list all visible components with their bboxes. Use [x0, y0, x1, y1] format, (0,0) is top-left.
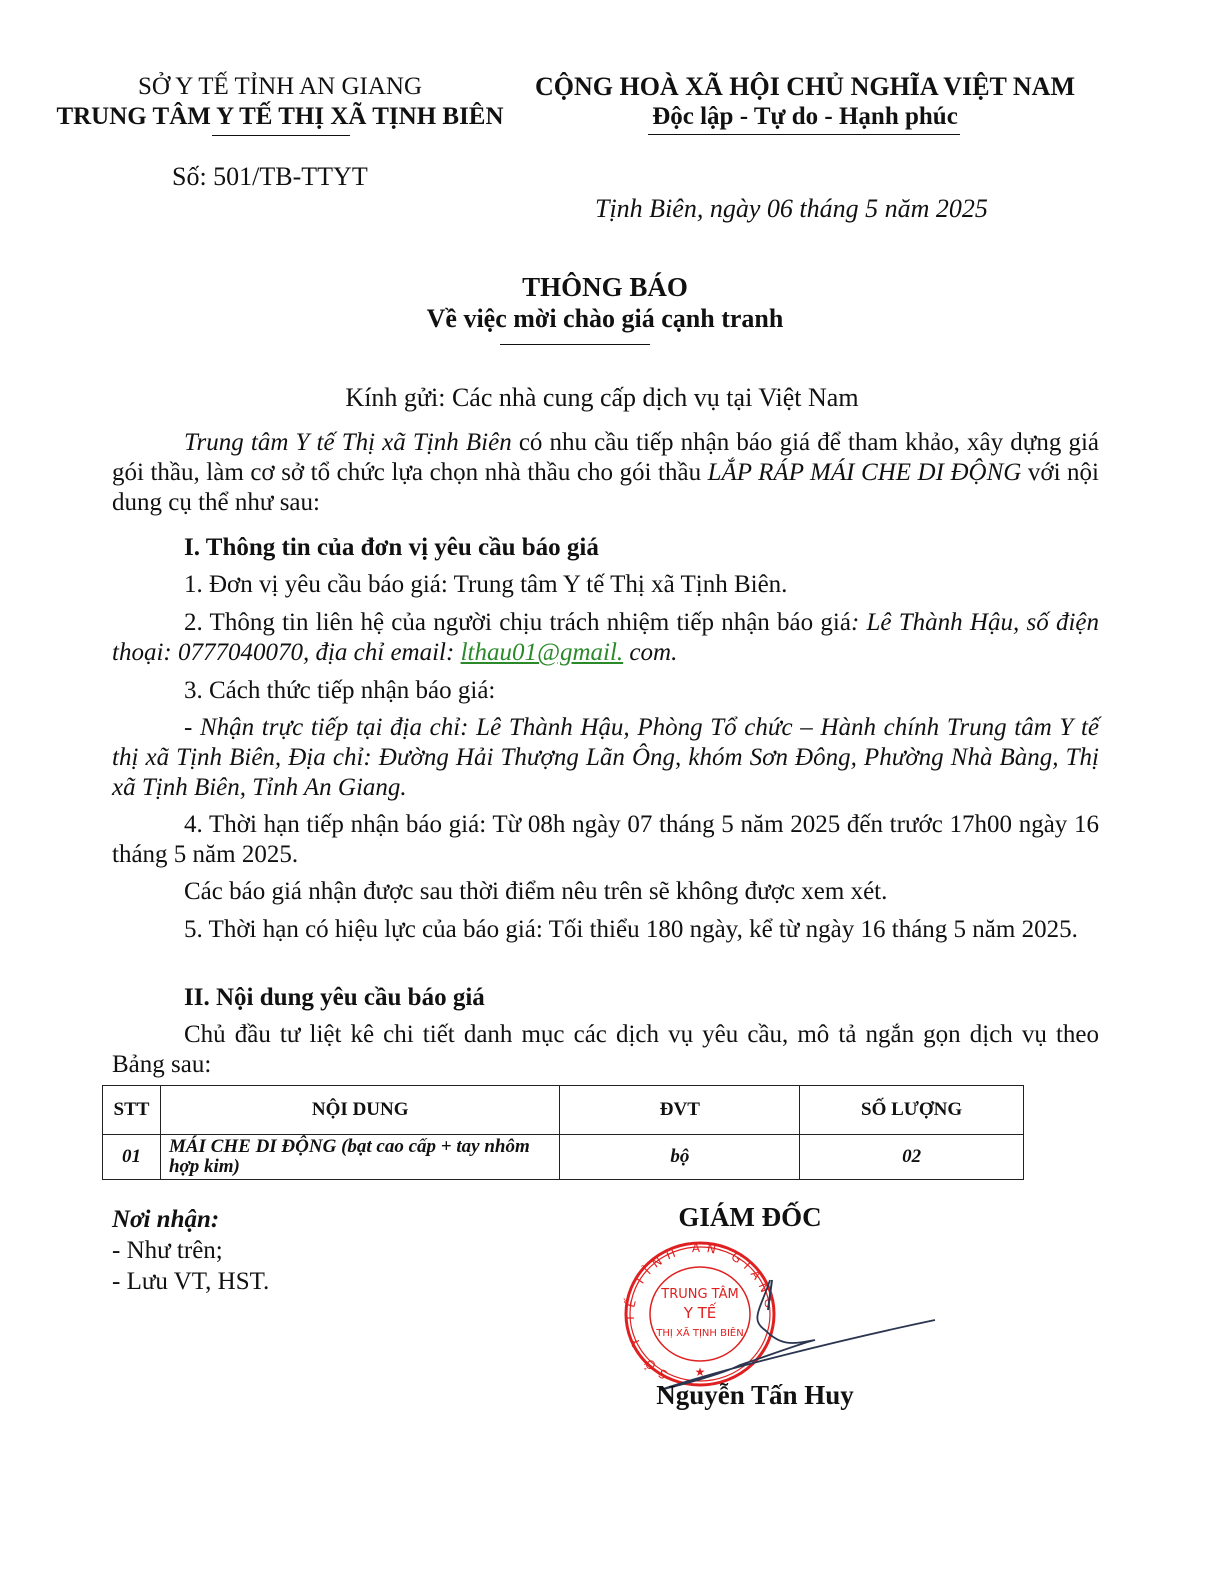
national-header-block: CỘNG HOÀ XÃ HỘI CHỦ NGHĨA VIỆT NAM Độc l…	[520, 72, 1090, 132]
document-number: Số: 501/TB-TTYT	[172, 162, 368, 192]
section-1-item-3-detail: - Nhận trực tiếp tại địa chỉ: Lê Thành H…	[112, 713, 1099, 803]
handwritten-signature-icon	[640, 1250, 960, 1400]
recipients-label: Nơi nhận:	[112, 1204, 269, 1235]
section-1-item-1: 1. Đơn vị yêu cầu báo giá: Trung tâm Y t…	[112, 570, 1099, 600]
recipient-item: - Như trên;	[112, 1235, 269, 1266]
title-underline	[500, 344, 650, 345]
document-title: THÔNG BÁO	[0, 272, 1210, 303]
section-1-item-3: 3. Cách thức tiếp nhận báo giá:	[112, 676, 1099, 706]
table-row: 01 MÁI CHE DI ĐỘNG (bạt cao cấp + tay nh…	[103, 1135, 1024, 1180]
cell-unit: bộ	[560, 1135, 800, 1180]
table-header-row: STT NỘI DUNG ĐVT SỐ LƯỢNG	[103, 1086, 1024, 1135]
item-2-suffix: com.	[623, 639, 677, 666]
intro-paragraph: Trung tâm Y tế Thị xã Tịnh Biên có nhu c…	[112, 428, 1099, 518]
section-2-text: Chủ đầu tư liệt kê chi tiết danh mục các…	[112, 1020, 1099, 1080]
section-1-heading: I. Thông tin của đơn vị yêu cầu báo giá	[112, 533, 1099, 563]
recipient-item: - Lưu VT, HST.	[112, 1266, 269, 1297]
cell-content: MÁI CHE DI ĐỘNG (bạt cao cấp + tay nhôm …	[160, 1135, 559, 1180]
contact-email-link[interactable]: lthau01@gmail.	[461, 639, 624, 666]
section-2-heading: II. Nội dung yêu cầu báo giá	[112, 983, 1099, 1013]
recipient-line: Kính gửi: Các nhà cung cấp dịch vụ tại V…	[0, 383, 1204, 413]
col-header-unit: ĐVT	[560, 1086, 800, 1135]
items-table: STT NỘI DUNG ĐVT SỐ LƯỢNG 01 MÁI CHE DI …	[102, 1085, 1024, 1180]
section-1-item-2: 2. Thông tin liên hệ của người chịu trác…	[112, 608, 1099, 668]
motto-underline	[648, 134, 960, 135]
cell-quantity: 02	[800, 1135, 1024, 1180]
issuing-agency-block: SỞ Y TẾ TỈNH AN GIANG TRUNG TÂM Y TẾ THỊ…	[30, 72, 530, 132]
section-1-item-4: 4. Thời hạn tiếp nhận báo giá: Từ 08h ng…	[112, 810, 1099, 870]
agency-name: TRUNG TÂM Y TẾ THỊ XÃ TỊNH BIÊN	[30, 102, 530, 132]
parent-agency: SỞ Y TẾ TỈNH AN GIANG	[30, 72, 530, 102]
place-date: Tịnh Biên, ngày 06 tháng 5 năm 2025	[595, 194, 988, 224]
package-name: LẮP RÁP MÁI CHE DI ĐỘNG	[708, 459, 1022, 486]
signer-title: GIÁM ĐỐC	[620, 1202, 880, 1233]
item-2-prefix: 2. Thông tin liên hệ của người chịu trác…	[184, 609, 851, 636]
signer-name: Nguyễn Tấn Huy	[600, 1380, 910, 1411]
col-header-quantity: SỐ LƯỢNG	[800, 1086, 1024, 1135]
agency-underline	[212, 135, 350, 136]
intro-org: Trung tâm Y tế Thị xã Tịnh Biên	[184, 429, 512, 456]
cell-stt: 01	[103, 1135, 161, 1180]
col-header-content: NỘI DUNG	[160, 1086, 559, 1135]
document-subject: Về việc mời chào giá cạnh tranh	[0, 304, 1210, 334]
recipients-block: Nơi nhận: - Như trên; - Lưu VT, HST.	[112, 1204, 269, 1297]
col-header-stt: STT	[103, 1086, 161, 1135]
section-1-item-4-note: Các báo giá nhận được sau thời điểm nêu …	[112, 877, 1099, 907]
section-1-item-5: 5. Thời hạn có hiệu lực của báo giá: Tối…	[112, 915, 1099, 945]
national-motto: Độc lập - Tự do - Hạnh phúc	[520, 102, 1090, 132]
country-name: CỘNG HOÀ XÃ HỘI CHỦ NGHĨA VIỆT NAM	[520, 72, 1090, 102]
